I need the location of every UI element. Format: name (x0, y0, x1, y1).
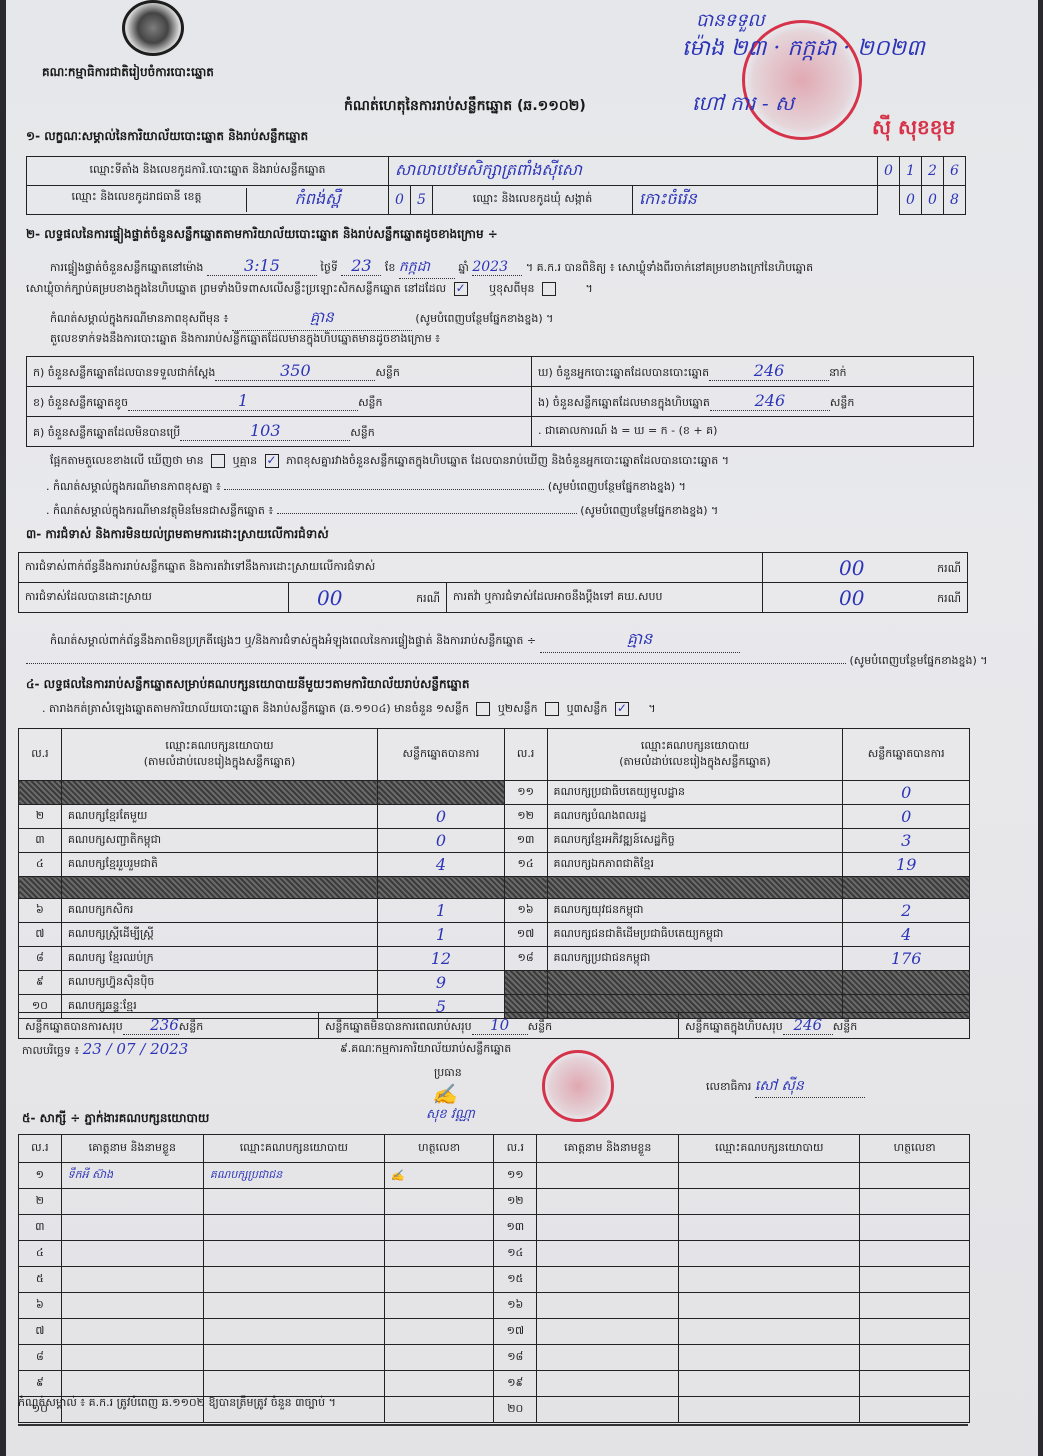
count-formula: . ជាគោលការណ៍ ង = ឃ = ក - (ខ + គ) (532, 417, 974, 447)
province-code-digit: 5 (411, 186, 433, 215)
note-suspicious-line: . កំណត់សម្គាល់ក្នុងករណីមានវត្ថុមិនមែនជាស… (46, 504, 718, 520)
witness-number: ២០ (494, 1397, 537, 1423)
section3-heading: ៣- ការជំទាស់ និងការមិនយល់ព្រមតាមការដោះស្… (26, 526, 329, 544)
objections-resolved-label: ការជំទាស់ដែលបានដោះស្រាយ (19, 583, 289, 613)
party-number: ៤ (19, 853, 62, 877)
witness-name (61, 1293, 203, 1319)
witness-signature (384, 1345, 494, 1371)
party-name: គណបក្សជនជាតិដើមប្រជាធិបតេយ្យកម្ពុជា (547, 923, 843, 947)
party-votes (843, 877, 970, 899)
party-votes (378, 781, 505, 805)
footer-divider (18, 1424, 968, 1426)
witness-party (203, 1371, 384, 1397)
section4-heading: ៤- លទ្ធផលនៃការរាប់សន្លឹកឆ្នោតសម្រាប់គណបក… (26, 676, 469, 694)
witness-name (537, 1267, 679, 1293)
party-number: ៨ (19, 947, 62, 971)
party-votes: 0 (843, 805, 970, 829)
witness-signature (860, 1241, 970, 1267)
document-title: កំណត់ហេតុនៃការរាប់សន្លឹកឆ្នោត (ឆ.១១០២) (344, 96, 586, 117)
witness-row: ៦១៦ (19, 1293, 970, 1319)
party-number: ១២ (504, 805, 547, 829)
party-row: ១១គណបក្សប្រជាធិបតេយ្យមូលដ្ឋាន0 (19, 781, 970, 805)
witness-name (537, 1163, 679, 1189)
party-row: ៦គណបក្សកសិករ1១៦គណបក្សយុវជនកម្ពុជា2 (19, 899, 970, 923)
province-label: ឈ្មោះ និងលេខកូដរាជធានី ខេត្ត (27, 188, 247, 212)
witness-number: ៥ (19, 1267, 62, 1293)
party-name: គណបក្សឯកភាពជាតិខ្មែរ (547, 853, 843, 877)
station-label: ឈ្មោះទីតាំង និងលេខកូដការិ.បោះឆ្នោត និងរា… (27, 157, 389, 186)
witness-party (679, 1319, 860, 1345)
count-spoiled: ខ) ចំនួនសន្លឹកឆ្នោតខូច1សន្លឹក (27, 387, 532, 417)
national-emblem-icon (122, 0, 184, 56)
party-number: ១១ (504, 781, 547, 805)
party-number (504, 877, 547, 899)
party-name (61, 877, 377, 899)
party-votes: 4 (843, 923, 970, 947)
received-note-1: បាន​ទទួល (696, 8, 765, 35)
witness-row: ៩១៩ (19, 1371, 970, 1397)
witness-party (203, 1267, 384, 1293)
committee-label: ៩.គណៈកម្មការការិយាល័យរាប់សន្លឹកឆ្នោត (340, 1042, 511, 1058)
witness-signature (860, 1319, 970, 1345)
witness-row: ៥១៥ (19, 1267, 970, 1293)
party-number: ១៨ (504, 947, 547, 971)
objections-escalated: 00 ករណី (763, 583, 968, 613)
witness-row: ១ទឹកអី ស៊ាងគណបក្សប្រជាជន✍១១ (19, 1163, 970, 1189)
objections-resolved: 00 ករណី (289, 583, 447, 613)
party-votes: 19 (843, 853, 970, 877)
party-name: គណបក្សខ្មែរអភិវឌ្ឍន៍សេដ្ឋកិច្ច (547, 829, 843, 853)
party-row: ៧គណបក្សស្ត្រីដើម្បីស្ត្រី1១៧គណបក្សជនជាតិ… (19, 923, 970, 947)
received-note-3: ហៅ ការ - ស (692, 90, 794, 120)
count-received: ក) ចំនួនសន្លឹកឆ្នោតដែលបានទទួលជាក់ស្តែង35… (27, 357, 532, 387)
witness-name (537, 1215, 679, 1241)
chair-label: ប្រធាន (434, 1066, 462, 1082)
province-value: កំពង់ស្ពឺ (247, 188, 388, 212)
seal-same-checkbox[interactable]: ✓ (454, 282, 468, 296)
party-number: ៩ (19, 971, 62, 995)
witness-name (537, 1319, 679, 1345)
party-votes: 176 (843, 947, 970, 971)
diff-note-line: កំណត់សម្គាល់ក្នុងករណីមានភាពខុសពីមុន ៖ គ្… (50, 308, 553, 331)
party-votes: 4 (378, 853, 505, 877)
witness-signature (860, 1189, 970, 1215)
witness-party (203, 1345, 384, 1371)
witness-name (537, 1241, 679, 1267)
witness-signature (860, 1371, 970, 1397)
irregularity-line: កំណត់សម្គាល់ពាក់ព័ន្ធនឹងភាពមិនប្រក្រតីផ្… (50, 628, 740, 653)
witness-signature (860, 1267, 970, 1293)
party-results-table: ល.រ ឈ្មោះគណបក្សនយោបាយ(តាមលំដាប់លេខរៀងក្ន… (18, 728, 970, 1019)
witness-row: ៨១៨ (19, 1345, 970, 1371)
witness-name (61, 1345, 203, 1371)
section1-heading: ១- លក្ខណៈសម្គាល់នៃការិយាល័យបោះឆ្នោត និងរ… (26, 128, 308, 146)
party-number: ៧ (19, 923, 62, 947)
witness-name (61, 1189, 203, 1215)
party-name: គណបក្សស្ត្រីដើម្បីស្ត្រី (61, 923, 377, 947)
chair-name: សុខ វណ្ណា (426, 1106, 475, 1125)
witness-party (203, 1319, 384, 1345)
witness-name (61, 1267, 203, 1293)
commune-code-digit: 8 (944, 186, 966, 215)
party-name: គណបក្សបំណងពលរដ្ឋ (547, 805, 843, 829)
verify-time: 3:15 (207, 256, 317, 276)
section2-heading: ២- លទ្ធផលនៃការផ្ទៀងផ្ទាត់ចំនួនសន្លឹកឆ្នោ… (26, 226, 498, 244)
date-line: កាលបរិច្ឆេទ ៖ 23 / 07 / 2023 (22, 1040, 188, 1060)
section5-heading: ៥- សាក្សី ÷ ភ្នាក់ងារគណបក្សនយោបាយ (22, 1110, 209, 1128)
witness-name: ទឹកអី ស៊ាង (61, 1163, 203, 1189)
party-votes (843, 971, 970, 995)
verify-year: 2023 (472, 259, 522, 276)
party-number (19, 877, 62, 899)
witness-number: ១៤ (494, 1241, 537, 1267)
secretary-line: លេខាធិការ សៅ ស៊ីន (706, 1076, 865, 1098)
party-name: គណបក្សសញ្ជាតិកម្ពុជា (61, 829, 377, 853)
sheets-1-checkbox[interactable] (476, 702, 490, 716)
counts-intro: តួលេខទាក់ទងនឹងការបោះឆ្នោត និងការរាប់សន្ល… (50, 332, 440, 348)
witness-party (203, 1215, 384, 1241)
party-votes: 0 (378, 805, 505, 829)
witness-party (203, 1293, 384, 1319)
party-votes: 1 (378, 899, 505, 923)
witness-name (537, 1189, 679, 1215)
witness-name (61, 1319, 203, 1345)
party-votes: 12 (378, 947, 505, 971)
party-name (547, 877, 843, 899)
commune-code-digit: 0 (900, 186, 922, 215)
diff-note-value: គ្មាន (232, 308, 412, 331)
party-name: គណបក្សកសិករ (61, 899, 377, 923)
party-row (19, 877, 970, 899)
organization-name: គណៈកម្មាធិការជាតិរៀបចំការបោះឆ្នោត (42, 64, 214, 82)
witness-number: ៨ (19, 1345, 62, 1371)
witness-party (679, 1215, 860, 1241)
province-code-digit: 0 (389, 186, 411, 215)
discrepancy-no-checkbox[interactable]: ✓ (265, 454, 279, 468)
party-votes: 1 (378, 923, 505, 947)
total-valid: សន្លឹកឆ្នោតបានការសរុប236សន្លឹក (19, 1013, 319, 1039)
commune-label: ឈ្មោះ និងលេខកូដឃុំ សង្កាត់ (433, 186, 633, 215)
date-value: 23 / 07 / 2023 (83, 1040, 189, 1058)
witness-number: ១៦ (494, 1293, 537, 1319)
verify-month: កក្កដា (399, 257, 455, 279)
station-code-digit: 0 (878, 157, 900, 186)
witness-number: ២ (19, 1189, 62, 1215)
witness-signature (860, 1345, 970, 1371)
witness-table: ល.រ គោត្តនាម និងនាមខ្លួន ឈ្មោះគណបក្សនយោប… (18, 1134, 970, 1423)
witness-signature (384, 1215, 494, 1241)
party-votes: 3 (843, 829, 970, 853)
witness-name (61, 1241, 203, 1267)
witness-name (537, 1293, 679, 1319)
witness-signature (384, 1293, 494, 1319)
party-name: គណបក្សយុវជនកម្ពុជា (547, 899, 843, 923)
witness-row: ៤១៤ (19, 1241, 970, 1267)
party-votes: 9 (378, 971, 505, 995)
party-number: ១៣ (504, 829, 547, 853)
witness-name (61, 1215, 203, 1241)
party-votes (378, 877, 505, 899)
witness-name (61, 1371, 203, 1397)
note-diff-line: . កំណត់សម្គាល់ក្នុងករណីមានភាពខុសគ្នា ៖ (… (46, 480, 686, 496)
verification-line: ការផ្ទៀងផ្ទាត់ចំនួនសន្លឹកឆ្នោតនៅម៉ោង 3:1… (50, 256, 813, 279)
station-value: សាលាបឋមសិក្សាត្រពាំងស៊ីសោ (389, 157, 878, 186)
party-votes: 2 (843, 899, 970, 923)
count-voters: ឃ) ចំនួនអ្នកបោះឆ្នោតដែលបានបោះឆ្នោត246នាក… (532, 357, 974, 387)
witness-row: ៧១៧ (19, 1319, 970, 1345)
total-invalid: សន្លឹកឆ្នោតមិនបានការពេលរាប់សរុប10សន្លឹក (319, 1013, 679, 1039)
witness-number: ១៧ (494, 1319, 537, 1345)
witness-row: ២១២ (19, 1189, 970, 1215)
witness-name (537, 1345, 679, 1371)
party-name: គណបក្ស ខ្មែរឈប់ក្រ (61, 947, 377, 971)
witness-signature (384, 1397, 494, 1423)
objections-table: ការជំទាស់ពាក់ព័ន្ធនឹងការរាប់សន្លឹកឆ្នោត … (18, 552, 968, 613)
witness-number: ១២ (494, 1189, 537, 1215)
commune-value: កោះចំរើន (633, 186, 878, 215)
objections-total-label: ការជំទាស់ពាក់ព័ន្ធនឹងការរាប់សន្លឹកឆ្នោត … (19, 553, 763, 583)
witness-number: ១ (19, 1163, 62, 1189)
count-unused: គ) ចំនួនសន្លឹកឆ្នោតដែលមិនបានប្រើ103សន្លឹ… (27, 417, 532, 447)
discrepancy-line: ផ្អែកតាមតួលេខខាងលើ ឃើញថា មាន ឬគ្មាន ✓ ភា… (50, 454, 729, 470)
witness-party (679, 1241, 860, 1267)
party-number: ១៦ (504, 899, 547, 923)
party-name: គណបក្សប្រជាជនកម្ពុជា (547, 947, 843, 971)
witness-signature (384, 1371, 494, 1397)
witness-number: ១៥ (494, 1267, 537, 1293)
document-page: គណៈកម្មាធិការជាតិរៀបចំការបោះឆ្នោត កំណត់ហ… (6, 0, 1038, 1456)
sheets-2-checkbox[interactable] (545, 702, 559, 716)
party-row: ៣គណបក្សសញ្ជាតិកម្ពុជា0១៣គណបក្សខ្មែរអភិវឌ… (19, 829, 970, 853)
irregularity-line-2: (សូមបំពេញបន្ថែមផ្នែកខាងខ្នង) ។ (26, 654, 988, 670)
witness-number: ៤ (19, 1241, 62, 1267)
witness-party (679, 1371, 860, 1397)
witness-signature (384, 1189, 494, 1215)
witness-signature (384, 1241, 494, 1267)
witness-party (679, 1163, 860, 1189)
objections-escalated-label: ការតវ៉ា ឬការជំទាស់ដែលអាចនឹងប្ដឹងទៅ គឃ.សប… (447, 583, 763, 613)
witness-signature (384, 1267, 494, 1293)
witness-party (679, 1345, 860, 1371)
witness-party (679, 1397, 860, 1423)
party-number: ២ (19, 805, 62, 829)
party-row: ៤គណបក្សខ្មែររួបរួមជាតិ4១៤គណបក្សឯកភាពជាតិ… (19, 853, 970, 877)
station-code-digit: 6 (944, 157, 966, 186)
sheets-line: . តារាងកត់ត្រាសំឡេងឆ្នោតតាមការិយាល័យបោះឆ… (42, 702, 656, 718)
witness-name (537, 1371, 679, 1397)
sheets-3-checkbox[interactable]: ✓ (615, 702, 629, 716)
witness-signature (860, 1397, 970, 1423)
count-in-box: ង) ចំនួនសន្លឹកឆ្នោតដែលមានក្នុងហិបឆ្នោត24… (532, 387, 974, 417)
witness-signature (860, 1163, 970, 1189)
party-name: គណបក្សហ្វ៊ុនស៊ិនប៉ិច (61, 971, 377, 995)
witness-number: ១៩ (494, 1371, 537, 1397)
party-name: គណបក្សប្រជាធិបតេយ្យមូលដ្ឋាន (547, 781, 843, 805)
witness-number: ៦ (19, 1293, 62, 1319)
witness-number: ១៣ (494, 1215, 537, 1241)
chair-signature: ✍ (432, 1082, 457, 1106)
witness-party (679, 1293, 860, 1319)
party-row: ២គណបក្សខ្មែរតែមួយ0១២គណបក្សបំណងពលរដ្ឋ0 (19, 805, 970, 829)
footnote: កំណត់សម្គាល់ ៖ គ.ក.រ ត្រូវបំពេញ ឆ.១១០២ ឱ… (18, 1396, 336, 1412)
station-code-digit: 1 (900, 157, 922, 186)
party-number: ៦ (19, 899, 62, 923)
totals-table: សន្លឹកឆ្នោតបានការសរុប236សន្លឹក សន្លឹកឆ្ន… (18, 1012, 970, 1039)
party-number (504, 971, 547, 995)
verify-day: 23 (341, 256, 381, 276)
station-info-table: ឈ្មោះទីតាំង និងលេខកូដការិ.បោះឆ្នោត និងរា… (26, 156, 966, 215)
party-number: ១៧ (504, 923, 547, 947)
witness-signature (860, 1215, 970, 1241)
discrepancy-yes-checkbox[interactable] (211, 454, 225, 468)
station-code-digit: 2 (922, 157, 944, 186)
party-name (547, 971, 843, 995)
total-in-box: សន្លឹកឆ្នោតក្នុងហិបសរុប246សន្លឹក (679, 1013, 970, 1039)
party-number: ៣ (19, 829, 62, 853)
witness-name (537, 1397, 679, 1423)
seal-line: សោឃ្លុំចាក់ក្បាប់គម្របខាងក្នុងនៃហិបឆ្នោត… (26, 282, 593, 298)
witness-row: ៣១៣ (19, 1215, 970, 1241)
party-name (61, 781, 377, 805)
witness-party (203, 1241, 384, 1267)
party-row: ៩គណបក្សហ្វ៊ុនស៊ិនប៉ិច9 (19, 971, 970, 995)
party-number: ១៤ (504, 853, 547, 877)
party-name: គណបក្សខ្មែរតែមួយ (61, 805, 377, 829)
witness-signature (384, 1319, 494, 1345)
witness-party (679, 1189, 860, 1215)
witness-party: គណបក្សប្រជាជន (203, 1163, 384, 1189)
ballot-counts-table: ក) ចំនួនសន្លឹកឆ្នោតដែលបានទទួលជាក់ស្តែង35… (26, 356, 974, 447)
party-name: គណបក្សខ្មែររួបរួមជាតិ (61, 853, 377, 877)
seal-diff-checkbox[interactable] (542, 282, 556, 296)
party-row: ៨គណបក្ស ខ្មែរឈប់ក្រ12១៨គណបក្សប្រជាជនកម្ព… (19, 947, 970, 971)
witness-number: ៩ (19, 1371, 62, 1397)
party-votes: 0 (378, 829, 505, 853)
witness-number: ១១ (494, 1163, 537, 1189)
received-note-2: ម៉ោង ២៣ · កក្កដា · ២០២៣ (682, 34, 925, 66)
party-votes: 0 (843, 781, 970, 805)
official-stamp-bottom (542, 1050, 614, 1122)
received-signature: ស៊ី សុខខុម (872, 114, 955, 144)
commune-code-digit: 0 (922, 186, 944, 215)
witness-number: ៣ (19, 1215, 62, 1241)
objections-total: 00 ករណី (763, 553, 968, 583)
witness-party (203, 1189, 384, 1215)
witness-party (679, 1267, 860, 1293)
witness-number: ៧ (19, 1319, 62, 1345)
witness-number: ១៨ (494, 1345, 537, 1371)
witness-signature (860, 1293, 970, 1319)
party-number (19, 781, 62, 805)
witness-signature: ✍ (384, 1163, 494, 1189)
